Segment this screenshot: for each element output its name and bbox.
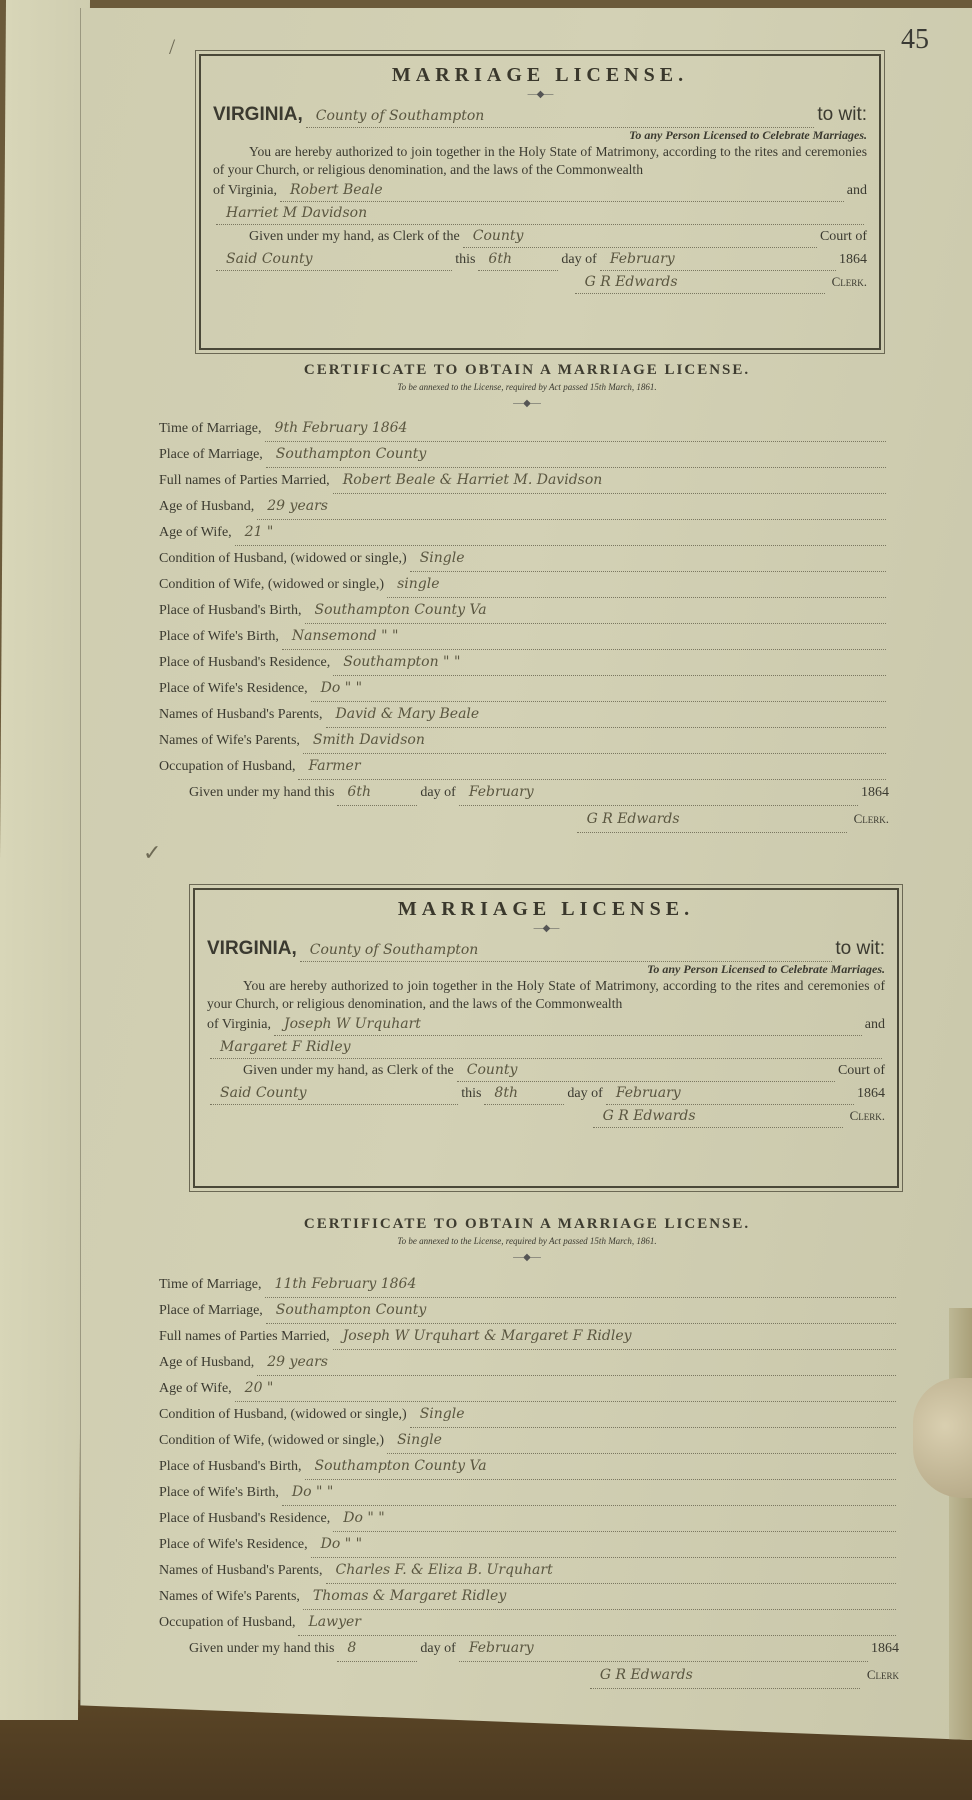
day-field: 6th <box>478 248 558 271</box>
cert-field-row: Condition of Wife, (widowed or single,)S… <box>159 1428 899 1454</box>
certificate-subtitle-1: To be annexed to the License, required b… <box>81 382 972 392</box>
cert-field-row: Names of Husband's Parents,Charles F. & … <box>159 1558 899 1584</box>
bride-name-field: Harriet M Davidson <box>216 202 864 225</box>
cert-field-row: Condition of Husband, (widowed or single… <box>159 546 889 572</box>
license-title: MARRIAGE LICENSE. <box>213 64 867 87</box>
month-field: February <box>600 248 836 271</box>
cert-given-row: Given under my hand this 6th day of Febr… <box>159 780 889 806</box>
court-of-label: Court of <box>820 226 867 248</box>
court-of-label: Court of <box>838 1060 885 1082</box>
cert-field-row: Condition of Husband, (widowed or single… <box>159 1402 899 1428</box>
month-field: February <box>606 1082 854 1105</box>
of-virginia-label: of Virginia, <box>207 1014 271 1036</box>
clerk-signature: G R Edwards <box>593 1105 843 1128</box>
cert-field-row: Condition of Wife, (widowed or single,)s… <box>159 572 889 598</box>
this-label: this <box>455 249 475 271</box>
ornament-divider: —◆— <box>81 398 972 409</box>
license-title: MARRIAGE LICENSE. <box>207 898 885 921</box>
state-label: VIRGINIA, <box>207 938 297 960</box>
groom-name-field: Joseph W Urquhart <box>274 1013 862 1036</box>
clerk-signature: G R Edwards <box>575 271 825 294</box>
groom-name-field: Robert Beale <box>280 179 844 202</box>
certificate-title-1: CERTIFICATE TO OBTAIN A MARRIAGE LICENSE… <box>81 362 972 379</box>
clerk-label: Clerk. <box>832 271 867 293</box>
page-edges <box>949 1308 972 1748</box>
cert-field-row: Occupation of Husband,Lawyer <box>159 1610 899 1636</box>
address-line: To any Person Licensed to Celebrate Marr… <box>207 962 885 977</box>
cert-field-row: Place of Wife's Residence,Do " " <box>159 676 889 702</box>
certificate-title-2: CERTIFICATE TO OBTAIN A MARRIAGE LICENSE… <box>81 1216 972 1233</box>
clerk-signature: G R Edwards <box>590 1663 860 1689</box>
cert-field-row: Place of Wife's Residence,Do " " <box>159 1532 899 1558</box>
court-field: County <box>457 1059 835 1082</box>
clerk-signature: G R Edwards <box>577 807 847 833</box>
cert-field-row: Place of Marriage,Southampton County <box>159 1298 899 1324</box>
authorization-paragraph: You are hereby authorized to join togeth… <box>213 143 867 179</box>
year-field: 1864 <box>839 249 867 271</box>
day-field: 8 <box>337 1636 417 1662</box>
county-field: County of Southampton <box>300 939 833 962</box>
of-virginia-label: of Virginia, <box>213 180 277 202</box>
cert-field-row: Place of Husband's Birth,Southampton Cou… <box>159 598 889 624</box>
state-label: VIRGINIA, <box>213 104 303 126</box>
certificate-1: Time of Marriage,9th February 1864 Place… <box>159 416 889 833</box>
said-county-field: Said County <box>210 1082 458 1105</box>
month-field: February <box>459 780 858 806</box>
ornament-divider: —◆— <box>213 89 867 100</box>
to-wit-label: to wit: <box>817 104 867 126</box>
cert-field-row: Age of Wife,21 " <box>159 520 889 546</box>
cert-field-row: Place of Wife's Birth,Nansemond " " <box>159 624 889 650</box>
to-wit-label: to wit: <box>835 938 885 960</box>
clerk-label: Clerk <box>867 1662 899 1687</box>
day-field: 6th <box>337 780 417 806</box>
cert-field-row: Time of Marriage,9th February 1864 <box>159 416 889 442</box>
said-county-field: Said County <box>216 248 452 271</box>
given-label: Given under my hand, as Clerk of the <box>249 226 460 248</box>
clerk-label: Clerk. <box>854 806 889 831</box>
cert-signature-row: G R Edwards Clerk <box>159 1662 899 1689</box>
day-field: 8th <box>484 1082 564 1105</box>
marriage-license-1: MARRIAGE LICENSE. —◆— VIRGINIA, County o… <box>199 54 881 350</box>
year-field: 1864 <box>861 780 889 805</box>
marriage-license-2: MARRIAGE LICENSE. —◆— VIRGINIA, County o… <box>193 888 899 1188</box>
ledger-page: 45 / ✓ MARRIAGE LICENSE. —◆— VIRGINIA, C… <box>80 8 972 1740</box>
facing-page <box>0 0 90 1720</box>
cert-field-row: Age of Wife,20 " <box>159 1376 899 1402</box>
certificate-2: Time of Marriage,11th February 1864 Plac… <box>159 1272 899 1689</box>
cert-given-row: Given under my hand this 8 day of Februa… <box>159 1636 899 1662</box>
clerk-label: Clerk. <box>850 1105 885 1127</box>
bride-name-field: Margaret F Ridley <box>210 1036 882 1059</box>
cert-field-row: Names of Wife's Parents,Thomas & Margare… <box>159 1584 899 1610</box>
authorization-paragraph: You are hereby authorized to join togeth… <box>207 977 885 1013</box>
cert-field-row: Occupation of Husband,Farmer <box>159 754 889 780</box>
ornament-divider: —◆— <box>207 923 885 934</box>
ornament-divider: —◆— <box>81 1252 972 1263</box>
cert-field-row: Age of Husband,29 years <box>159 1350 899 1376</box>
day-of-label: day of <box>561 249 596 271</box>
court-field: County <box>463 225 817 248</box>
given-label: Given under my hand, as Clerk of the <box>243 1060 454 1082</box>
and-label: and <box>847 180 867 202</box>
page-number: 45 <box>901 24 929 56</box>
cert-signature-row: G R Edwards Clerk. <box>159 806 889 833</box>
cert-field-row: Age of Husband,29 years <box>159 494 889 520</box>
cert-field-row: Names of Wife's Parents,Smith Davidson <box>159 728 889 754</box>
cert-field-row: Time of Marriage,11th February 1864 <box>159 1272 899 1298</box>
year-field: 1864 <box>871 1636 899 1661</box>
cert-field-row: Place of Wife's Birth,Do " " <box>159 1480 899 1506</box>
cert-field-row: Full names of Parties Married,Robert Bea… <box>159 468 889 494</box>
and-label: and <box>865 1014 885 1036</box>
month-field: February <box>459 1636 868 1662</box>
cert-field-row: Place of Marriage,Southampton County <box>159 442 889 468</box>
check-mark-icon: ✓ <box>143 840 161 866</box>
day-of-label: day of <box>567 1083 602 1105</box>
cert-field-row: Place of Husband's Residence,Do " " <box>159 1506 899 1532</box>
county-field: County of Southampton <box>306 105 815 128</box>
check-mark-icon: / <box>169 34 175 60</box>
address-line: To any Person Licensed to Celebrate Marr… <box>213 128 867 143</box>
this-label: this <box>461 1083 481 1105</box>
cert-field-row: Full names of Parties Married,Joseph W U… <box>159 1324 899 1350</box>
cert-field-row: Place of Husband's Residence,Southampton… <box>159 650 889 676</box>
year-field: 1864 <box>857 1083 885 1105</box>
holding-thumb <box>913 1378 972 1498</box>
cert-field-row: Place of Husband's Birth,Southampton Cou… <box>159 1454 899 1480</box>
cert-field-row: Names of Husband's Parents,David & Mary … <box>159 702 889 728</box>
certificate-subtitle-2: To be annexed to the License, required b… <box>81 1236 972 1246</box>
